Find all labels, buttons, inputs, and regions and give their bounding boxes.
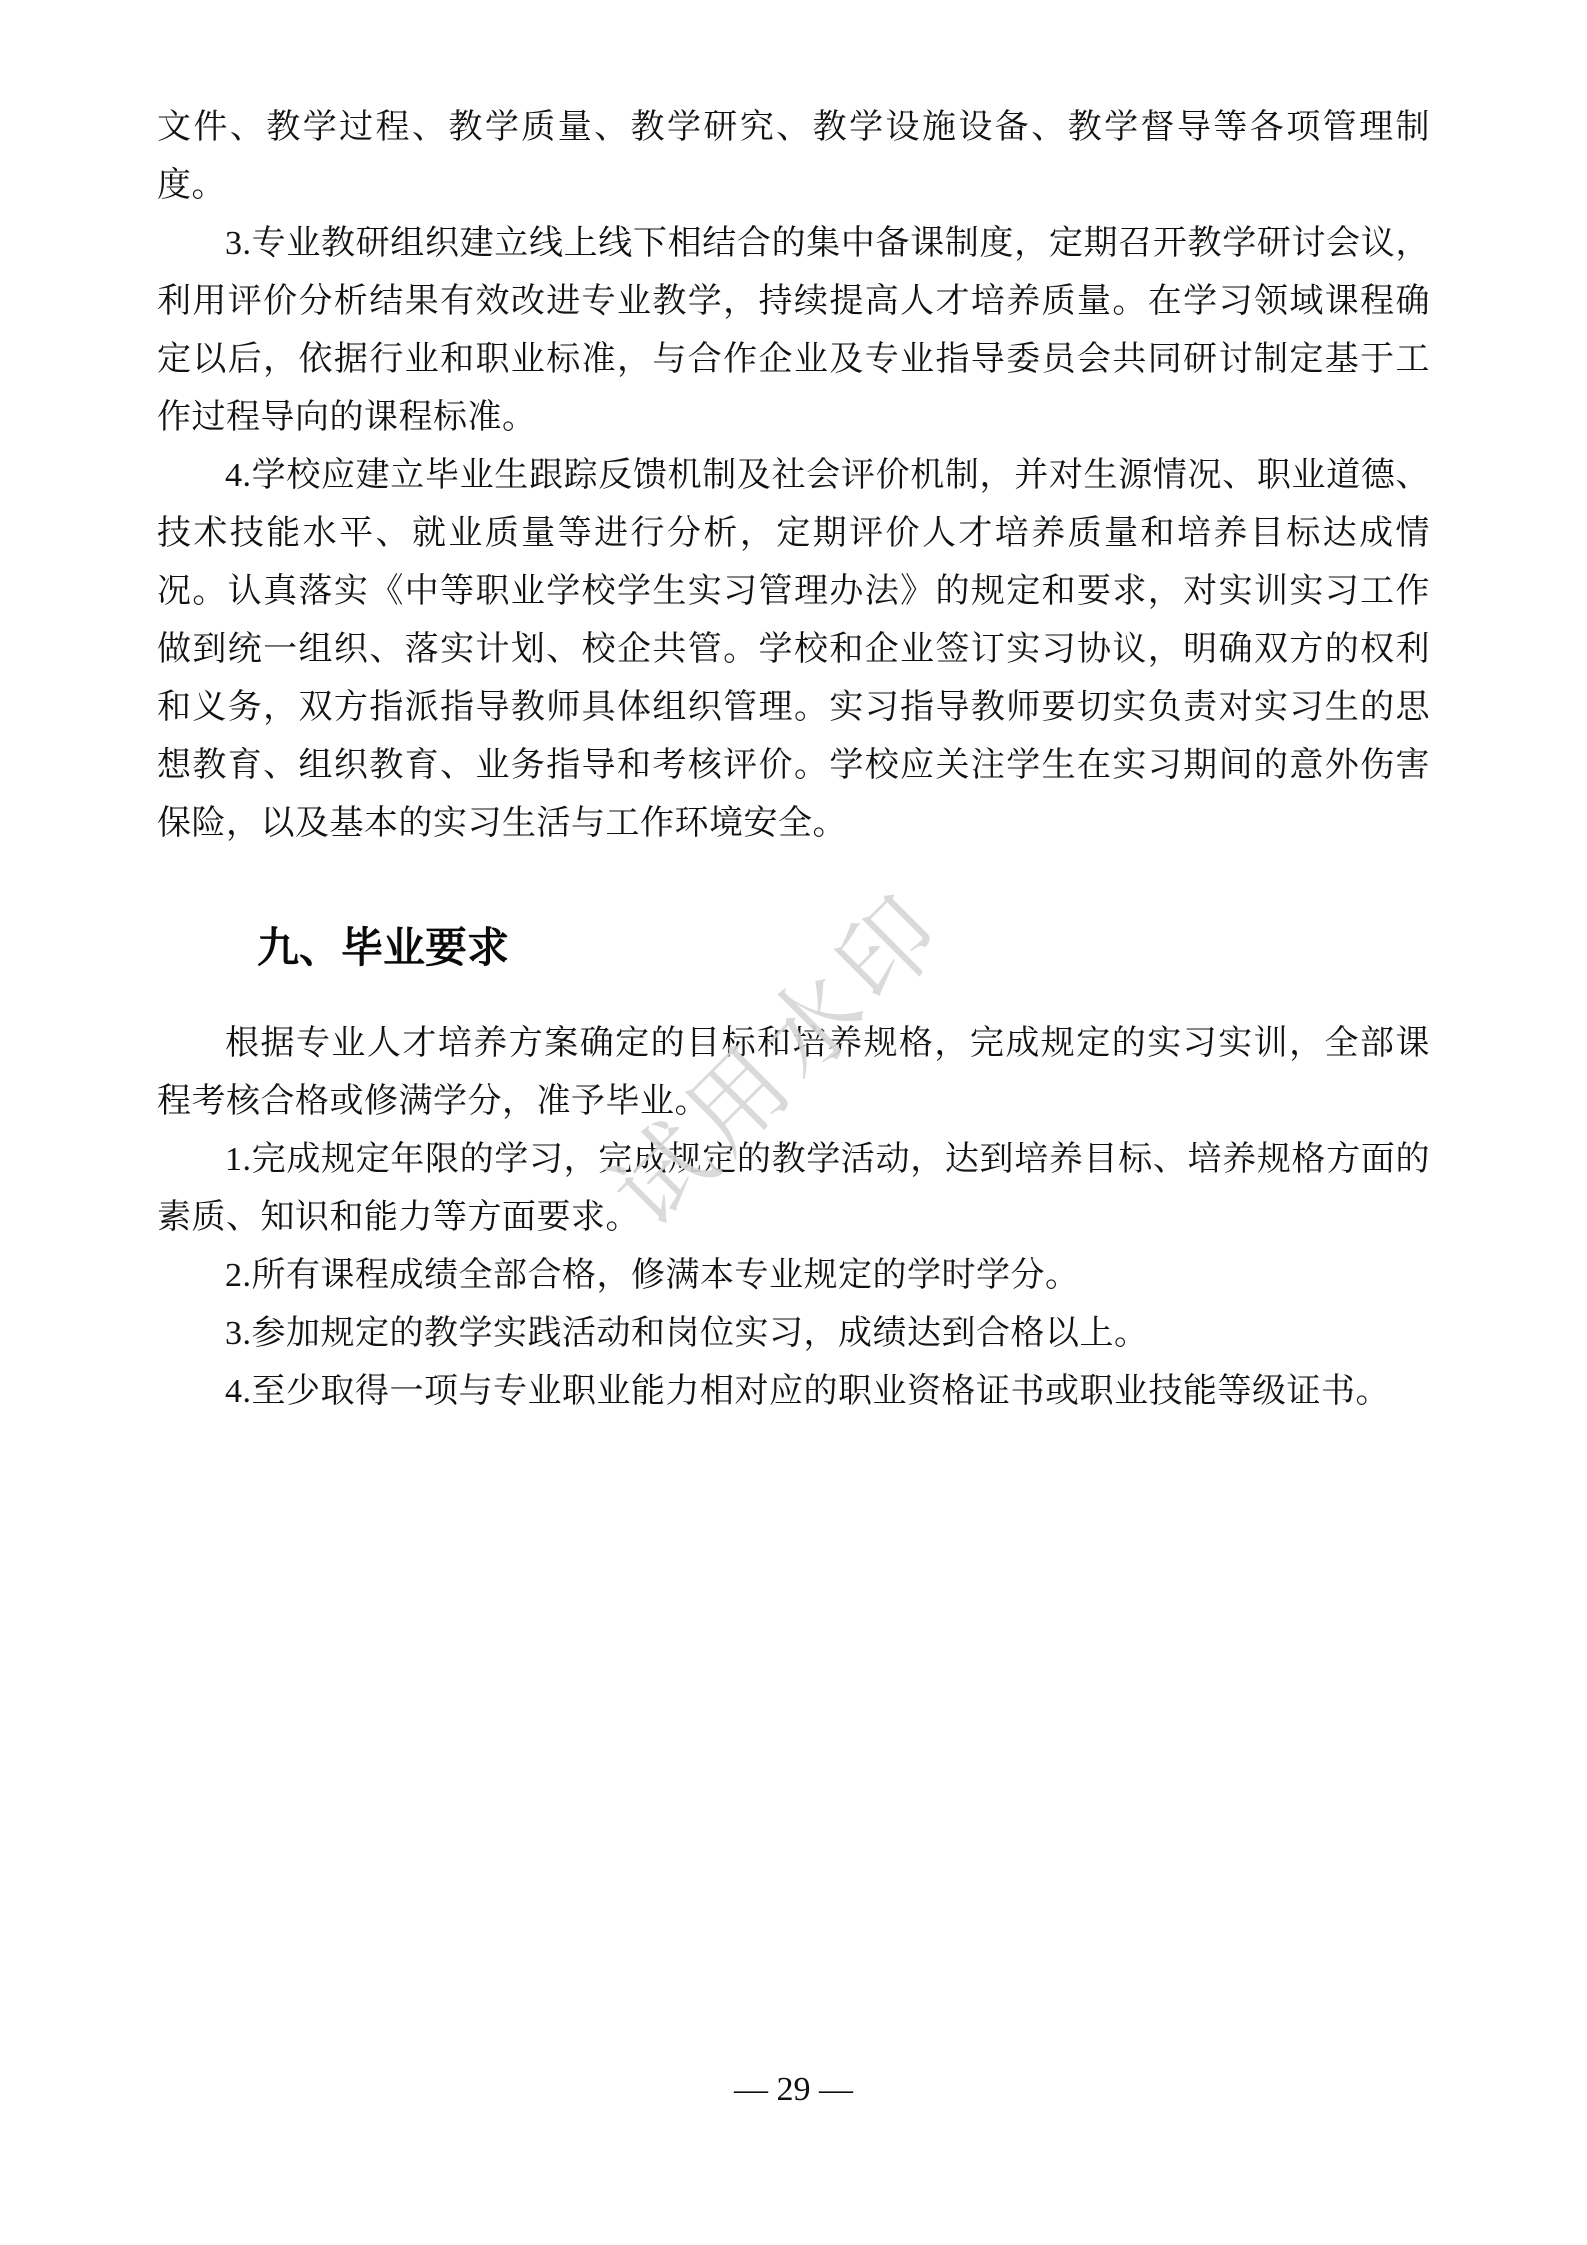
graduation-requirement-1: 1.完成规定年限的学习，完成规定的教学活动，达到培养目标、培养规格方面的素质、知… <box>157 1131 1430 1247</box>
graduation-requirement-3: 3.参加规定的教学实践活动和岗位实习，成绩达到合格以上。 <box>157 1305 1430 1363</box>
graduation-requirement-2: 2.所有课程成绩全部合格，修满本专业规定的学时学分。 <box>157 1247 1430 1305</box>
paragraph-item-4: 4.学校应建立毕业生跟踪反馈机制及社会评价机制，并对生源情况、职业道德、技术技能… <box>157 447 1430 853</box>
page-number: — 29 — <box>0 2068 1587 2112</box>
paragraph-continuation: 文件、教学过程、教学质量、教学研究、教学设施设备、教学督导等各项管理制度。 <box>157 99 1430 215</box>
graduation-requirement-4: 4.至少取得一项与专业职业能力相对应的职业资格证书或职业技能等级证书。 <box>157 1363 1430 1421</box>
graduation-intro-paragraph: 根据专业人才培养方案确定的目标和培养规格，完成规定的实习实训，全部课程考核合格或… <box>157 1015 1430 1131</box>
section-heading-graduation-requirements: 九、毕业要求 <box>157 917 1430 979</box>
page-content: 文件、教学过程、教学质量、教学研究、教学设施设备、教学督导等各项管理制度。 3.… <box>157 0 1430 1421</box>
document-page: 试用水印 文件、教学过程、教学质量、教学研究、教学设施设备、教学督导等各项管理制… <box>0 0 1587 2245</box>
paragraph-item-3: 3.专业教研组织建立线上线下相结合的集中备课制度，定期召开教学研讨会议，利用评价… <box>157 215 1430 447</box>
